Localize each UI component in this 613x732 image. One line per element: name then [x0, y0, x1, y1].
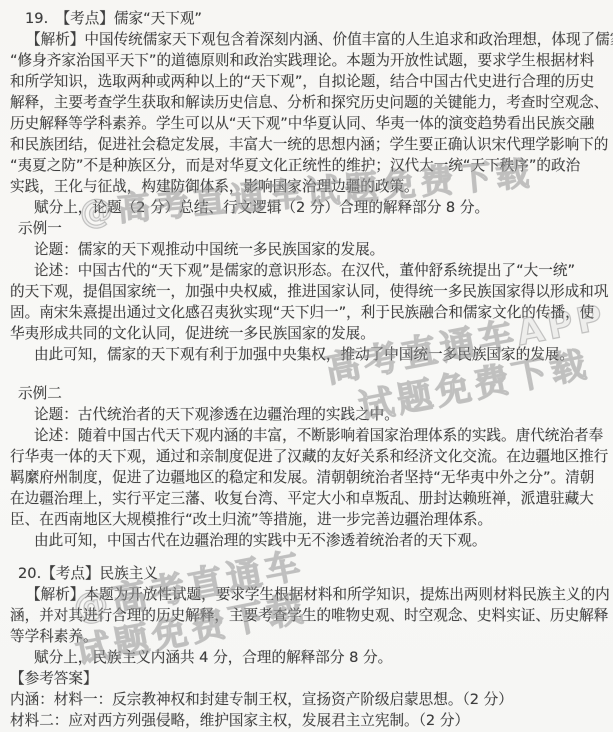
text-line: 赋分上，民族主义内涵共 4 分，合理的解释部分 8 分。	[10, 647, 609, 668]
text-line: 的天下观，提倡国家统一，加强中央权威，推进国家认同，使得统一多民族国家得以形成和…	[10, 281, 609, 302]
text-line: 解释，主要考查学生获取和解读历史信息、分析和探究历史问题的关键能力，考查时空观念…	[10, 92, 609, 113]
text-line: 历史解释等学科素养。学生可以从“天下观”中华夏认同、华夷一体的演变趋势看出民族交…	[10, 113, 609, 134]
text-line: 论述：随着中国古代天下观内涵的丰富，不断影响着国家治理体系的实践。唐代统治者奉	[10, 425, 609, 446]
text-line: 【解析】中国传统儒家天下观包含着深刻内涵、价值丰富的人生追求和政治理想，体现了儒…	[10, 29, 609, 50]
text-line: 【解析】本题为开放性试题，要求学生根据材料和所学知识，提炼出两则材料民族主义的内	[10, 584, 609, 605]
text-line: 行华夷一体的天下观，通过和亲制度促进了汉藏的友好关系和经济文化交流。在边疆地区推…	[10, 446, 609, 467]
text-line: 实践，王化与征战，构建防御体系，影响国家治理边疆的政策。	[10, 176, 609, 197]
text-line: 固。南宋朱熹提出通过文化感召夷狄实现“天下归一”，利于民族融合和儒家文化的传播，…	[10, 302, 609, 323]
text-line: 由此可知，中国古代在边疆治理的实践中无不渗透着统治者的天下观。	[10, 530, 609, 551]
scanned-answer-key-page: 19. 【考点】儒家“天下观”【解析】中国传统儒家天下观包含着深刻内涵、价值丰富…	[0, 0, 613, 732]
text-line: 材料二：应对西方列强侵略，维护国家主权，发展君主立宪制。（2 分）	[10, 710, 609, 731]
text-line: 等学科素养。	[10, 626, 609, 647]
text-line: 臣、在西南地区大规模推行“改土归流”等措施，进一步完善边疆治理体系。	[10, 509, 609, 530]
text-line: 19. 【考点】儒家“天下观”	[10, 8, 609, 29]
text-line: 和民族团结，促进社会稳定发展，丰富大一统的思想内涵；学生要正确认识宋代理学影响下…	[10, 134, 609, 155]
text-line: 在边疆治理上，实行平定三藩、收复台湾、平定大小和卓叛乱、册封达赖班禅，派遣驻藏大	[10, 488, 609, 509]
text-line: 羁縻府州制度，促进了边疆地区的稳定和发展。清朝朝统治者坚持“无华夷中外之分”。清…	[10, 467, 609, 488]
text-line: 和所学知识，选取两种或两种以上的“天下观”，自拟论题，结合中国古代史进行合理的历…	[10, 71, 609, 92]
text-line: 内涵：材料一：反宗教神权和封建专制王权，宣扬资产阶级启蒙思想。（2 分）	[10, 689, 609, 710]
text-line: 论述：中国古代的“天下观”是儒家的意识形态。在汉代，董仲舒系统提出了“大一统”	[10, 260, 609, 281]
text-line: 论题：古代统治者的天下观渗透在边疆治理的实践之中。	[10, 404, 609, 425]
text-line: 【参考答案】	[10, 668, 609, 689]
document-text: 19. 【考点】儒家“天下观”【解析】中国传统儒家天下观包含着深刻内涵、价值丰富…	[0, 0, 613, 732]
text-line: 华夷形成共同的文化认同，促进统一多民族国家的发展。	[10, 323, 609, 344]
text-line: 论题：儒家的天下观推动中国统一多民族国家的发展。	[10, 239, 609, 260]
text-line: 赋分上，论题（2 分）总结、行文逻辑（2 分）合理的解释部分 8 分。	[10, 197, 609, 218]
text-line: 由此可知，儒家的天下观有利于加强中央集权，推动了中国统一多民族国家的发展。	[10, 344, 609, 365]
text-line: 示例一	[10, 218, 609, 239]
text-line: 涵，并对其进行合理的历史解释，主要考查学生的唯物史观、时空观念、史料实证、历史解…	[10, 605, 609, 626]
text-line: “夷夏之防”不是种族区分，而是对华夏文化正统性的维护；汉代大一统“天下秩序”的政…	[10, 155, 609, 176]
text-line: “修身齐家治国平天下”的道德原则和政治实践理论。本题为开放性试题，要求学生根据材…	[10, 50, 609, 71]
text-line: 20.【考点】民族主义	[10, 563, 609, 584]
text-line: 示例二	[10, 383, 609, 404]
